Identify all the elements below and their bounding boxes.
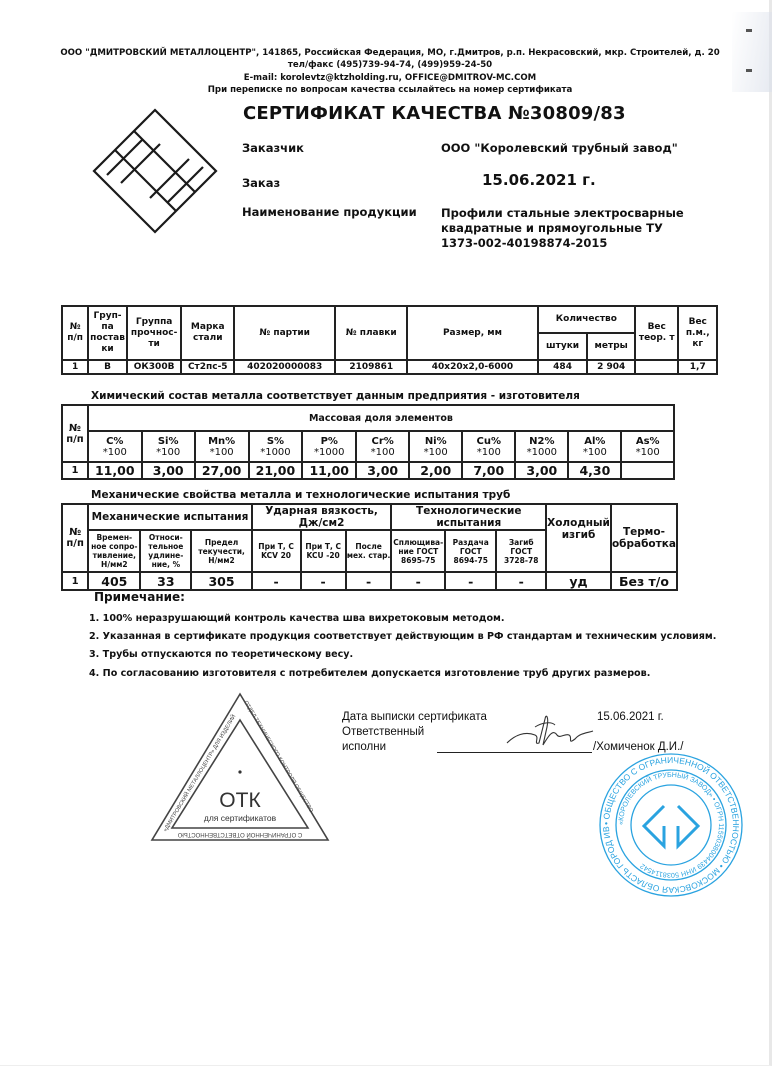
product-line: Профили стальные электросварные: [441, 206, 684, 221]
cell-weight-theor: [635, 360, 679, 374]
products-table: №п/п Груп-папоставки Группапрочнос-ти Ма…: [61, 305, 718, 375]
col-element: N2%*1000: [515, 431, 568, 462]
col-element: Cr%*100: [356, 431, 409, 462]
col-cold-bend: Холодныйизгиб: [546, 504, 611, 572]
col-mechanical-test: Пределтекучести,Н/мм2: [191, 530, 251, 572]
col-mechanical-test: РаздачаГОСТ8694-75: [445, 530, 496, 572]
col-weight-per-m: Весп.м.,кг: [678, 306, 717, 360]
col-quantity: Количество: [538, 306, 635, 333]
responsible-label-cont: исполни: [342, 740, 386, 755]
cell-element-value: 3,00: [356, 462, 409, 479]
cell-element-value: 3,00: [515, 462, 568, 479]
order-label: Заказ: [242, 176, 280, 190]
col-pieces: штуки: [538, 333, 588, 360]
svg-text:С ОГРАНИЧЕННОЙ ОТВЕТСТВЕННОСТЬ: С ОГРАНИЧЕННОЙ ОТВЕТСТВЕННОСТЬЮ: [178, 831, 302, 839]
group-technological-tests: Технологические испытания: [391, 504, 546, 530]
col-weight-theor: Вестеор. т: [635, 306, 679, 360]
cell-test-value: -: [496, 572, 546, 590]
company-email: E-mail: korolevtz@ktzholding.ru, OFFICE@…: [60, 72, 720, 84]
order-date: 15.06.2021 г.: [482, 173, 596, 188]
note-item: 3. Трубы отпускаются по теоретическому в…: [89, 649, 353, 660]
col-mechanical-test: При Т, СKCU -20: [301, 530, 346, 572]
note-item: 2. Указанная в сертификате продукция соо…: [89, 631, 716, 642]
col-element: S%*1000: [249, 431, 303, 462]
cell-test-value: -: [252, 572, 301, 590]
product-value: Профили стальные электросварные квадратн…: [441, 206, 684, 251]
company-round-stamp-icon: • ОБЩЕСТВО С ОГРАНИЧЕННОЙ ОТВЕТСТВЕННОСТ…: [598, 752, 744, 898]
col-num: №п/п: [62, 504, 88, 572]
col-element: Mn%*100: [195, 431, 249, 462]
chemistry-table: №п/п Массовая доля элементов C%*100Si%*1…: [61, 404, 675, 480]
col-mechanical-test: ЗагибГОСТ3728-78: [496, 530, 546, 572]
correspondence-note: При переписке по вопросам качества ссыла…: [60, 84, 720, 96]
cell-num: 1: [62, 462, 88, 479]
certificate-title: СЕРТИФИКАТ КАЧЕСТВА №30809/83: [243, 103, 626, 124]
staple-mark: [746, 29, 752, 32]
note-item: 4. По согласованию изготовителя с потреб…: [89, 668, 650, 679]
col-mechanical-test: При Т, СKCV 20: [252, 530, 301, 572]
mechanical-table: №п/п Механические испытания Ударная вязк…: [61, 503, 678, 591]
cell-num: 1: [62, 360, 88, 374]
col-steel-grade: Маркастали: [181, 306, 234, 360]
cell-element-value: 21,00: [249, 462, 303, 479]
signature-line: [437, 752, 592, 753]
product-label: Наименование продукции: [242, 205, 417, 219]
cell-test-value: -: [346, 572, 392, 590]
cell-element-value: [621, 462, 674, 479]
cell-cold-bend: уд: [546, 572, 611, 590]
cell-test-value: -: [301, 572, 346, 590]
svg-text:ОТК: ОТК: [219, 789, 261, 812]
cell-supply-group: В: [88, 360, 126, 374]
cell-batch: 402020000083: [234, 360, 335, 374]
issue-date-label: Дата выписки сертификата: [342, 710, 487, 725]
cell-element-value: 3,00: [142, 462, 195, 479]
cell-num: 1: [62, 572, 88, 590]
otk-stamp-icon: ОТК для сертификатов С ОГРАНИЧЕННОЙ ОТВЕ…: [148, 690, 333, 845]
col-batch: № партии: [234, 306, 335, 360]
table-row: 1 В ОК300В Ст2пс-5 402020000083 2109861 …: [62, 360, 717, 374]
cell-element-value: 4,30: [568, 462, 621, 479]
cell-element-value: 2,00: [409, 462, 462, 479]
col-heat-treatment: Термо-обработка: [611, 504, 677, 572]
cell-element-value: 11,00: [88, 462, 142, 479]
col-mass-fraction: Массовая доля элементов: [88, 405, 674, 431]
cell-test-value: 305: [191, 572, 251, 590]
col-heat: № плавки: [335, 306, 407, 360]
cell-size: 40х20х2,0-6000: [407, 360, 538, 374]
table-row: 1 11,003,0027,0021,0011,003,002,007,003,…: [62, 462, 674, 479]
responsible-label: Ответственный: [342, 725, 424, 740]
note-item: 1. 100% неразрушающий контроль качества …: [89, 613, 505, 624]
cell-element-value: 11,00: [302, 462, 356, 479]
cell-steel-grade: Ст2пс-5: [181, 360, 234, 374]
col-num: №п/п: [62, 306, 88, 360]
chemistry-title: Химический состав металла соответствует …: [91, 390, 580, 402]
group-mechanical-tests: Механические испытания: [88, 504, 251, 530]
col-strength-group: Группапрочнос-ти: [127, 306, 182, 360]
col-element: Si%*100: [142, 431, 195, 462]
table-row: 1 40533305------удБез т/о: [62, 572, 677, 590]
customer-label: Заказчик: [242, 141, 304, 155]
col-supply-group: Груп-папоставки: [88, 306, 126, 360]
col-num: №п/п: [62, 405, 88, 462]
cell-strength-group: ОК300В: [127, 360, 182, 374]
col-size: Размер, мм: [407, 306, 538, 360]
col-element: Al%*100: [568, 431, 621, 462]
svg-text:для сертификатов: для сертификатов: [204, 813, 277, 823]
col-element: C%*100: [88, 431, 142, 462]
col-mechanical-test: Времен-ное сопро-тивление,Н/мм2: [88, 530, 140, 572]
product-line: квадратные и прямоугольные ТУ: [441, 221, 684, 236]
customer-value: ООО "Королевский трубный завод": [441, 141, 678, 156]
cell-test-value: -: [445, 572, 496, 590]
cell-test-value: 33: [140, 572, 191, 590]
cell-test-value: -: [391, 572, 445, 590]
handwritten-signature-icon: [505, 705, 595, 750]
mechanical-title: Механические свойства металла и технолог…: [91, 489, 510, 501]
col-mechanical-test: Относи-тельноеудлине-ние, %: [140, 530, 191, 572]
group-impact-strength: Ударная вязкость, Дж/см2: [252, 504, 392, 530]
company-phone: тел/факс (495)739-94-74, (499)959-24-50: [60, 59, 720, 71]
company-address: ООО "ДМИТРОВСКИЙ МЕТАЛЛОЦЕНТР", 141865, …: [60, 47, 720, 59]
col-meters: метры: [587, 333, 635, 360]
col-mechanical-test: Послемех. стар.: [346, 530, 392, 572]
cell-element-value: 7,00: [462, 462, 515, 479]
cell-meters: 2 904: [587, 360, 635, 374]
col-element: Ni%*100: [409, 431, 462, 462]
notes-title: Примечание:: [94, 590, 185, 604]
scan-shadow: [732, 12, 772, 92]
col-element: As%*100: [621, 431, 674, 462]
svg-text:«КОРОЛЕВСКИЙ ТРУБНЫЙ ЗАВОД» •: «КОРОЛЕВСКИЙ ТРУБНЫЙ ЗАВОД» • ОГРН 11550…: [618, 772, 724, 878]
product-line: 1373-002-40198874-2015: [441, 236, 684, 251]
company-logo-icon: [92, 108, 218, 234]
cell-test-value: 405: [88, 572, 140, 590]
cell-heat: 2109861: [335, 360, 407, 374]
cell-heat-treatment: Без т/о: [611, 572, 677, 590]
cell-pieces: 484: [538, 360, 588, 374]
cell-weight-per-m: 1,7: [678, 360, 717, 374]
col-element: Cu%*100: [462, 431, 515, 462]
cell-element-value: 27,00: [195, 462, 249, 479]
staple-mark: [746, 69, 752, 72]
issue-date: 15.06.2021 г.: [597, 710, 664, 725]
col-mechanical-test: Сплющива-ние ГОСТ8695-75: [391, 530, 445, 572]
col-element: P%*1000: [302, 431, 356, 462]
